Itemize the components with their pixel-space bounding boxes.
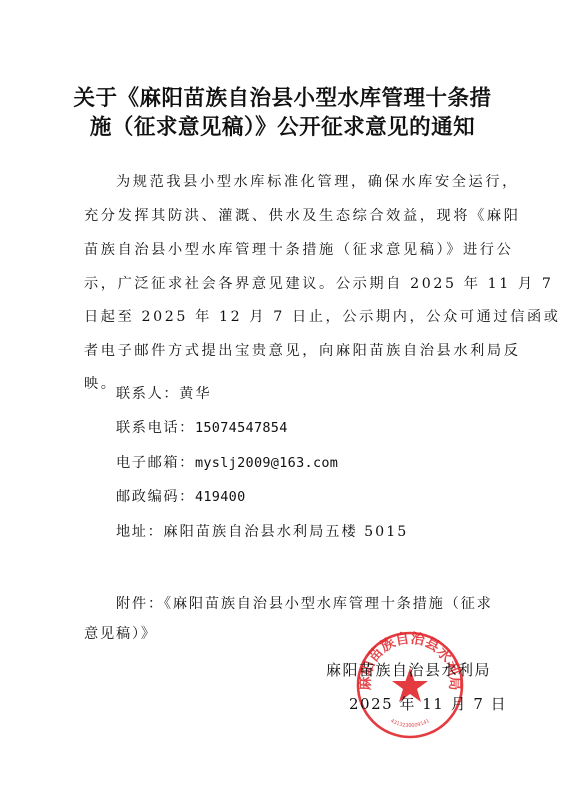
document-title-line-2: 施（征求意见稿）》公开征求意见的通知 bbox=[0, 113, 565, 143]
body-line: 苗族自治县小型水库管理十条措施（征求意见稿）》进行公 bbox=[84, 240, 513, 260]
body-line: 者电子邮件方式提出宝贵意见，向麻阳苗族自治县水利局反 bbox=[84, 341, 520, 361]
contact-phone: 联系电话：15074547854 bbox=[116, 418, 288, 438]
contact-phone-label: 联系电话： bbox=[116, 420, 195, 436]
contact-person-label: 联系人： bbox=[116, 386, 179, 402]
body-line: 映。 bbox=[84, 374, 118, 394]
contact-email-label: 电子邮箱： bbox=[116, 455, 195, 471]
contact-postcode-label: 邮政编码： bbox=[116, 489, 195, 505]
body-line: 为规范我县小型水库标准化管理，确保水库安全运行， bbox=[116, 172, 519, 192]
contact-email-value: myslj2009@163.com bbox=[195, 455, 338, 471]
body-line: 充分发挥其防洪、灌溉、供水及生态综合效益，现将《麻阳 bbox=[84, 206, 520, 226]
contact-phone-value: 15074547854 bbox=[195, 420, 288, 436]
body-line: 示，广泛征求社会各界意见建议。公示期自 2025 年 11 月 7 bbox=[84, 274, 553, 294]
contact-address: 地址：麻阳苗族自治县水利局五楼 5015 bbox=[116, 522, 408, 542]
official-seal-stamp: 麻阳苗族自治县水利局 4313230009141 bbox=[355, 630, 465, 740]
contact-person: 联系人：黄华 bbox=[116, 384, 212, 404]
attachment-line-2: 意见稿）》 bbox=[84, 624, 157, 644]
body-line: 日起至 2025 年 12 月 7 日止，公示期内，公众可通过信函或 bbox=[84, 307, 561, 327]
signature-date: 2025 年 11 月 7 日 bbox=[349, 694, 507, 714]
contact-postcode-value: 419400 bbox=[195, 489, 246, 505]
contact-person-value: 黄华 bbox=[179, 386, 211, 402]
signature-organization: 麻阳苗族自治县水利局 bbox=[326, 660, 491, 680]
attachment-line-1: 附件：《麻阳苗族自治县小型水库管理十条措施（征求 bbox=[116, 594, 493, 614]
contact-postcode: 邮政编码：419400 bbox=[116, 487, 246, 507]
document-title-line-1: 关于《麻阳苗族自治县小型水库管理十条措 bbox=[0, 84, 565, 114]
contact-email: 电子邮箱：myslj2009@163.com bbox=[116, 453, 338, 473]
contact-address-value: 麻阳苗族自治县水利局五楼 5015 bbox=[163, 524, 408, 540]
contact-address-label: 地址： bbox=[116, 524, 163, 540]
svg-text:4313230009141: 4313230009141 bbox=[389, 718, 430, 729]
